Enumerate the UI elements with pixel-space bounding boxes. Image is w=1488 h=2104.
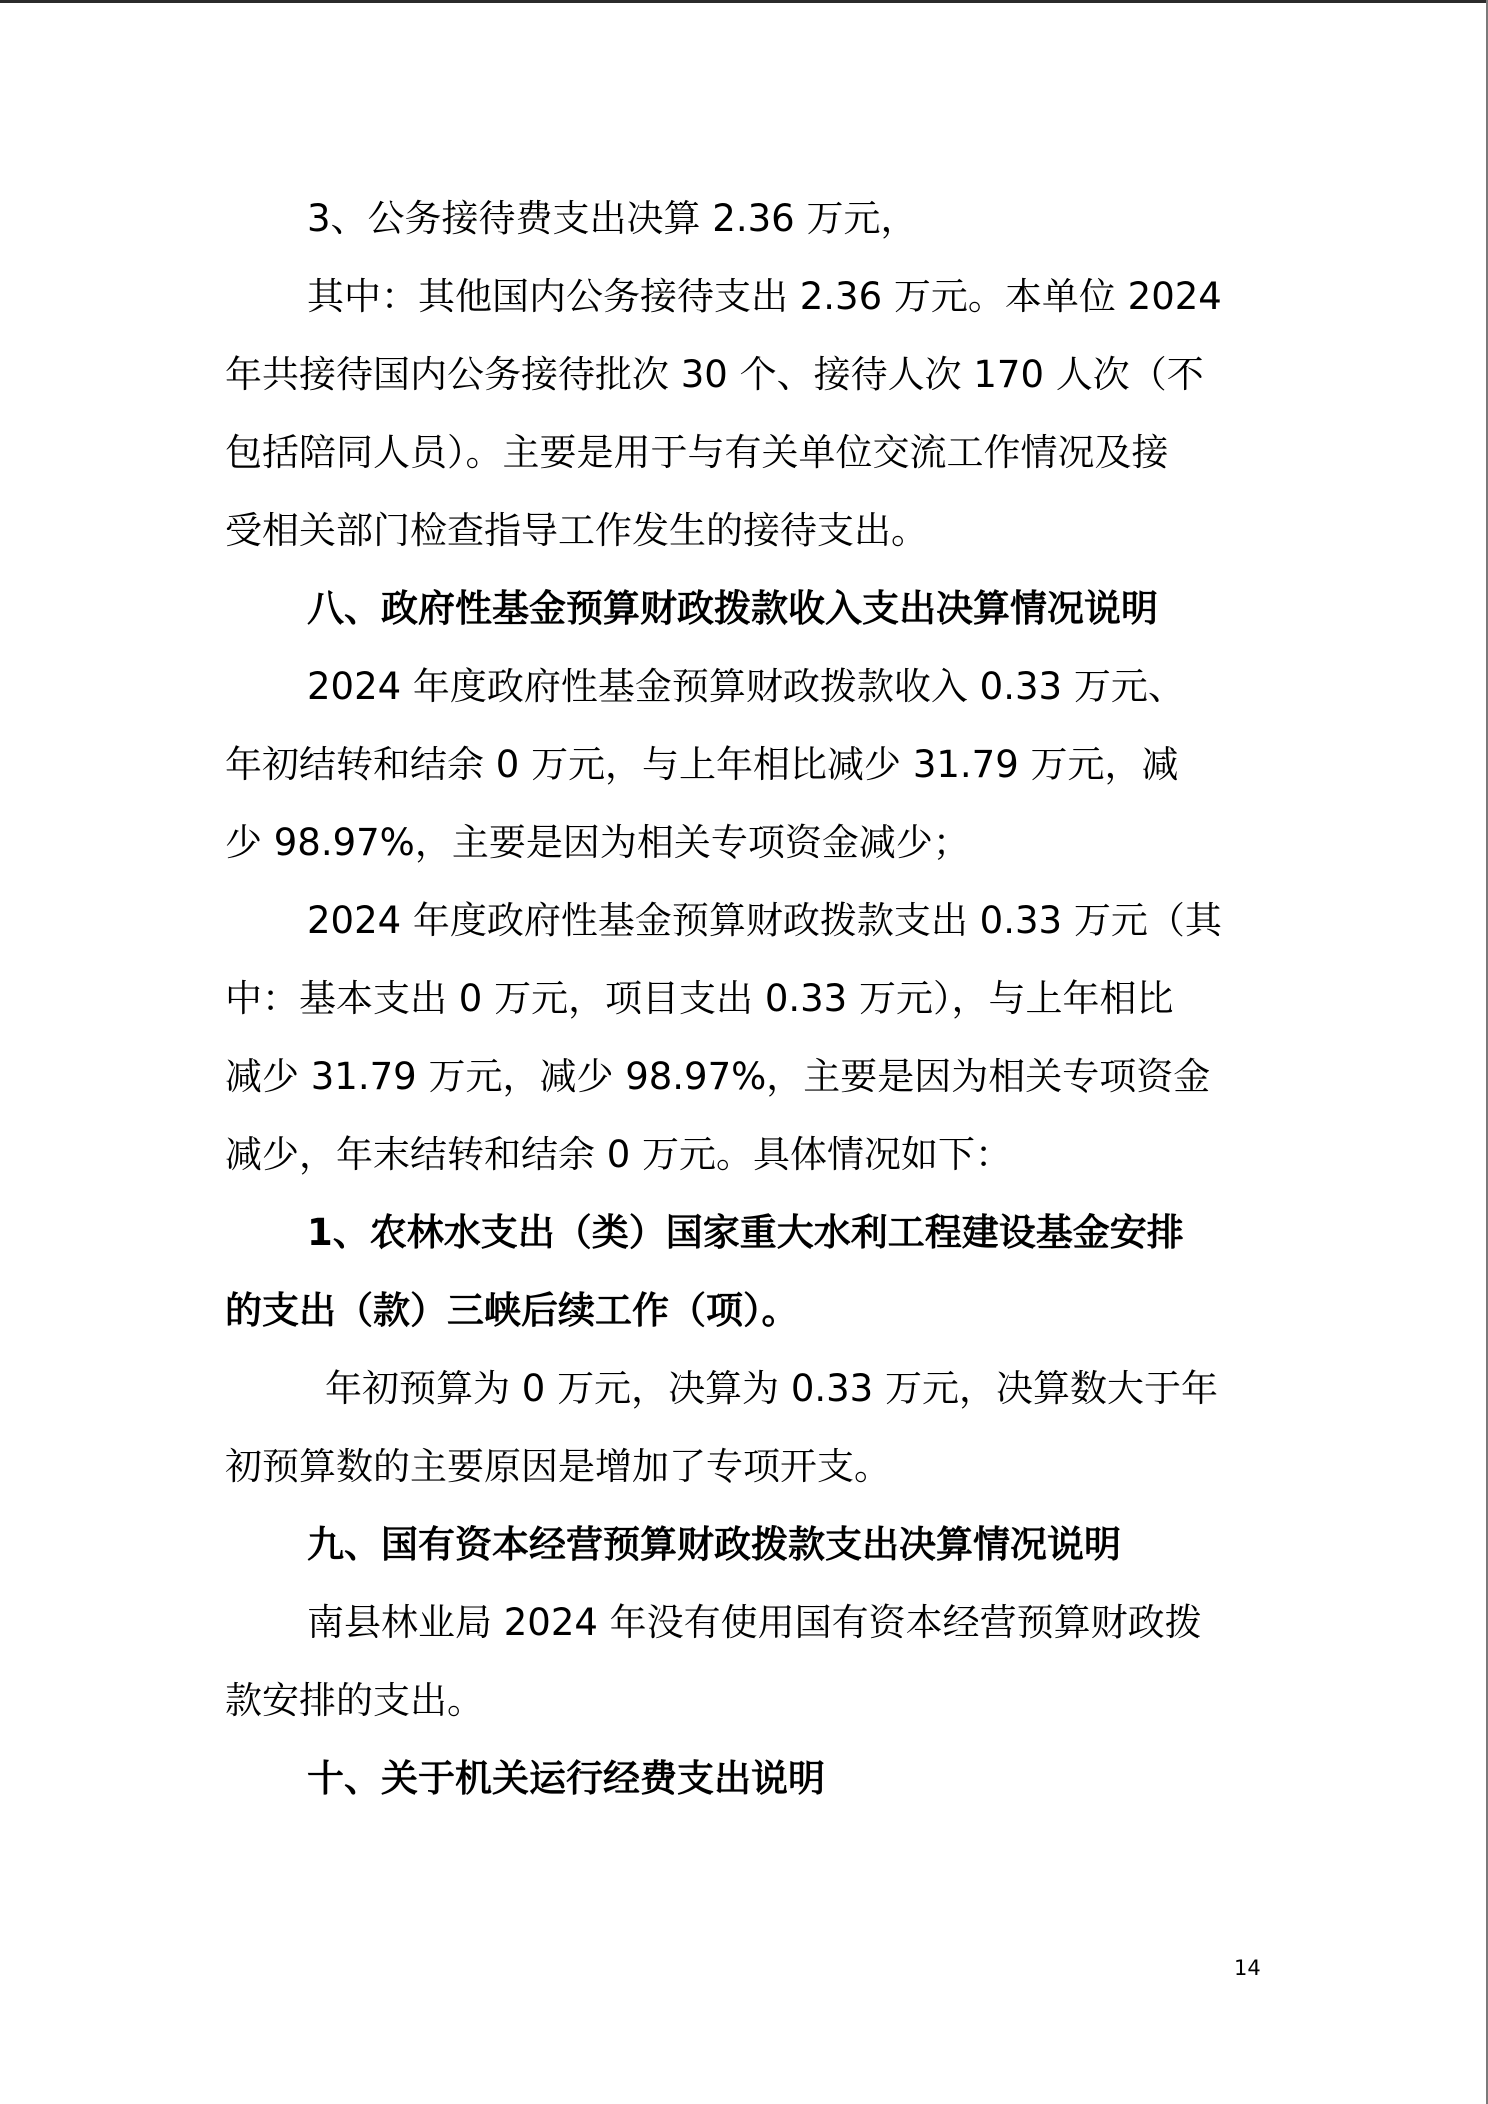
- paragraph-line: 年初预算为 0 万元，决算为 0.33 万元，决算数大于年: [325, 1367, 1218, 1411]
- subsection-heading-1: 1、农林水支出（类）国家重大水利工程建设基金安排: [307, 1211, 1184, 1255]
- paragraph-line: 南县林业局 2024 年没有使用国有资本经营预算财政拨: [307, 1601, 1202, 1645]
- paragraph-line: 受相关部门检查指导工作发生的接待支出。: [225, 509, 928, 553]
- paragraph-line: 少 98.97%，主要是因为相关专项资金减少；: [225, 821, 970, 865]
- paragraph-line: 年初结转和结余 0 万元，与上年相比减少 31.79 万元，减: [225, 743, 1179, 787]
- paragraph-line: 中：基本支出 0 万元，项目支出 0.33 万元），与上年相比: [225, 977, 1173, 1021]
- page-top-border: [0, 0, 1488, 3]
- paragraph-line: 减少，年末结转和结余 0 万元。具体情况如下：: [225, 1133, 1012, 1177]
- paragraph-line: 3、公务接待费支出决算 2.36 万元，: [307, 197, 917, 241]
- section-heading-10: 十、关于机关运行经费支出说明: [307, 1757, 825, 1801]
- page-number: 14: [1234, 1955, 1261, 1981]
- section-heading-9: 九、国有资本经营预算财政拨款支出决算情况说明: [307, 1523, 1121, 1567]
- paragraph-line: 2024 年度政府性基金预算财政拨款收入 0.33 万元、: [307, 665, 1185, 709]
- paragraph-line: 款安排的支出。: [225, 1679, 484, 1723]
- section-heading-8: 八、政府性基金预算财政拨款收入支出决算情况说明: [307, 587, 1158, 631]
- subsection-heading-1-cont: 的支出（款）三峡后续工作（项）。: [225, 1289, 799, 1333]
- paragraph-line: 2024 年度政府性基金预算财政拨款支出 0.33 万元（其: [307, 899, 1222, 943]
- paragraph-line: 减少 31.79 万元，减少 98.97%，主要是因为相关专项资金: [225, 1055, 1210, 1099]
- paragraph-line: 其中：其他国内公务接待支出 2.36 万元。本单位 2024: [307, 275, 1222, 319]
- paragraph-line: 年共接待国内公务接待批次 30 个、接待人次 170 人次（不: [225, 353, 1204, 397]
- paragraph-line: 包括陪同人员）。主要是用于与有关单位交流工作情况及接: [225, 431, 1169, 475]
- paragraph-line: 初预算数的主要原因是增加了专项开支。: [225, 1445, 891, 1489]
